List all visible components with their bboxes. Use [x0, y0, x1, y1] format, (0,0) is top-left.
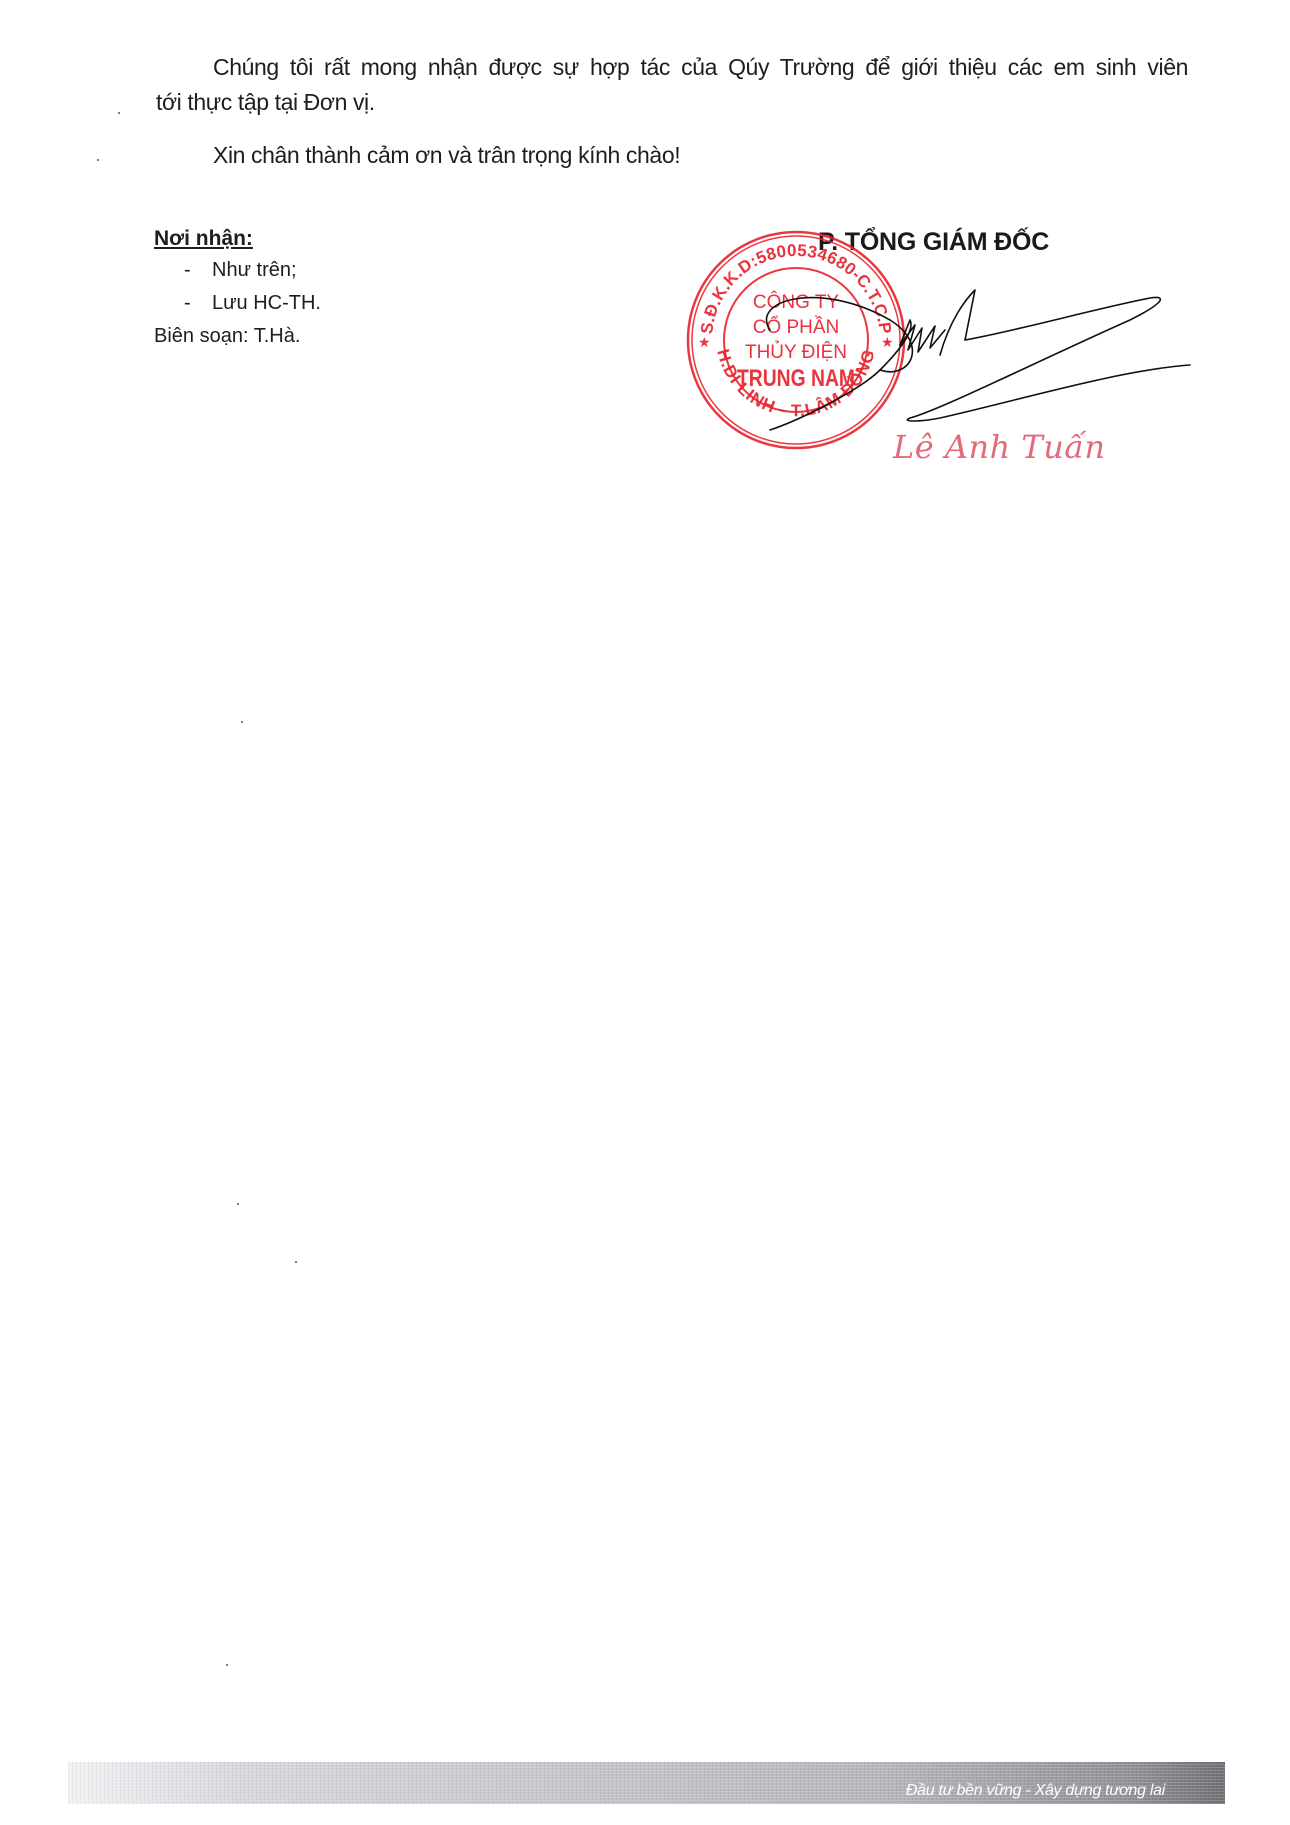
scan-speck: [118, 112, 120, 114]
scan-speck: [241, 721, 243, 723]
scan-speck: [295, 1261, 297, 1263]
recipient-item: -Như trên;: [154, 254, 321, 287]
footer-slogan: Đầu tư bền vững - Xây dựng tương lai: [906, 1782, 1165, 1800]
recipient-label: Như trên;: [212, 259, 297, 281]
handwritten-signature-icon: [740, 270, 1200, 440]
scan-speck: [226, 1664, 228, 1666]
recipient-item: -Lưu HC-TH.: [154, 287, 321, 320]
list-dash: -: [184, 287, 212, 320]
scan-speck: [237, 1203, 239, 1205]
recipient-label: Lưu HC-TH.: [212, 292, 321, 314]
body-paragraph-line-2: tới thực tập tại Đơn vị.: [156, 89, 375, 116]
footer-banner: Đầu tư bền vững - Xây dựng tương lai: [68, 1762, 1225, 1804]
author-line: Biên soạn: T.Hà.: [154, 320, 321, 353]
closing-line: Xin chân thành cảm ơn và trân trọng kính…: [213, 142, 680, 169]
body-paragraph-line-1: Chúng tôi rất mong nhận được sự hợp tác …: [213, 54, 1188, 81]
recipients-heading: Nơi nhận:: [154, 227, 321, 251]
recipients-block: Nơi nhận: -Như trên; -Lưu HC-TH. Biên so…: [154, 227, 321, 353]
seal-star-left: ★: [698, 334, 711, 350]
scan-speck: [97, 159, 99, 161]
list-dash: -: [184, 254, 212, 287]
